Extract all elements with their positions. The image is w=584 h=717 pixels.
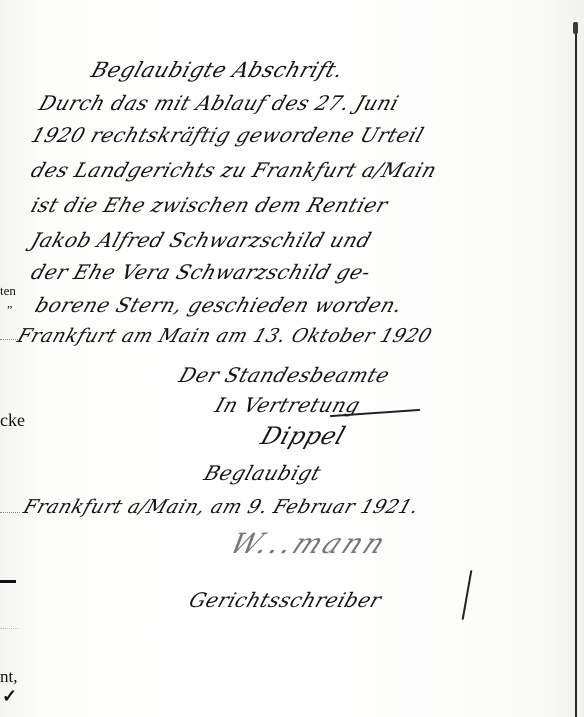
margin-fragment-quote: „ — [7, 296, 12, 311]
handwritten-line-6: der Ehe Vera Schwarzschild ge- — [29, 262, 374, 282]
handwritten-place-date-1921: Frankfurt a/Main, am 9. Februar 1921. — [21, 498, 421, 517]
right-margin-mark — [573, 22, 578, 34]
handwritten-standesbeamte: Der Standesbeamte — [177, 365, 393, 385]
margin-fragment-nt: nt, — [0, 667, 17, 687]
signature-dippel: Dippel — [258, 424, 348, 448]
right-margin-rule — [575, 22, 577, 717]
margin-dotted-line — [0, 628, 18, 629]
handwritten-gerichtsschreiber: Gerichtsschreiber — [187, 590, 384, 610]
handwritten-line-2: 1920 rechtskräftig gewordene Urteil — [29, 125, 427, 145]
signature-clerk: W...mann — [225, 530, 392, 558]
handwritten-place-date-1920: Frankfurt am Main am 13. Oktober 1920 — [15, 327, 434, 346]
handwritten-line-5: Jakob Alfred Schwarzschild und — [29, 230, 374, 250]
handwritten-line-4: ist die Ehe zwischen dem Rentier — [29, 195, 391, 215]
handwritten-beglaubigt: Beglaubigt — [202, 463, 324, 483]
heading-beglaubigte-abschrift: Beglaubigte Abschrift. — [89, 60, 346, 81]
margin-check-mark: ✓ — [2, 686, 17, 707]
handwritten-line-3: des Landgerichts zu Frankfurt a/Main — [29, 160, 440, 180]
handwritten-in-vertretung: In Vertretung — [213, 395, 363, 415]
margin-dotted-line — [0, 512, 20, 513]
margin-fragment-cke: cke — [0, 410, 25, 431]
handwritten-line-1: Durch das mit Ablauf des 27. Juni — [37, 93, 402, 113]
handwritten-line-7: borene Stern, geschieden worden. — [33, 295, 405, 315]
margin-solid-rule — [0, 580, 16, 583]
